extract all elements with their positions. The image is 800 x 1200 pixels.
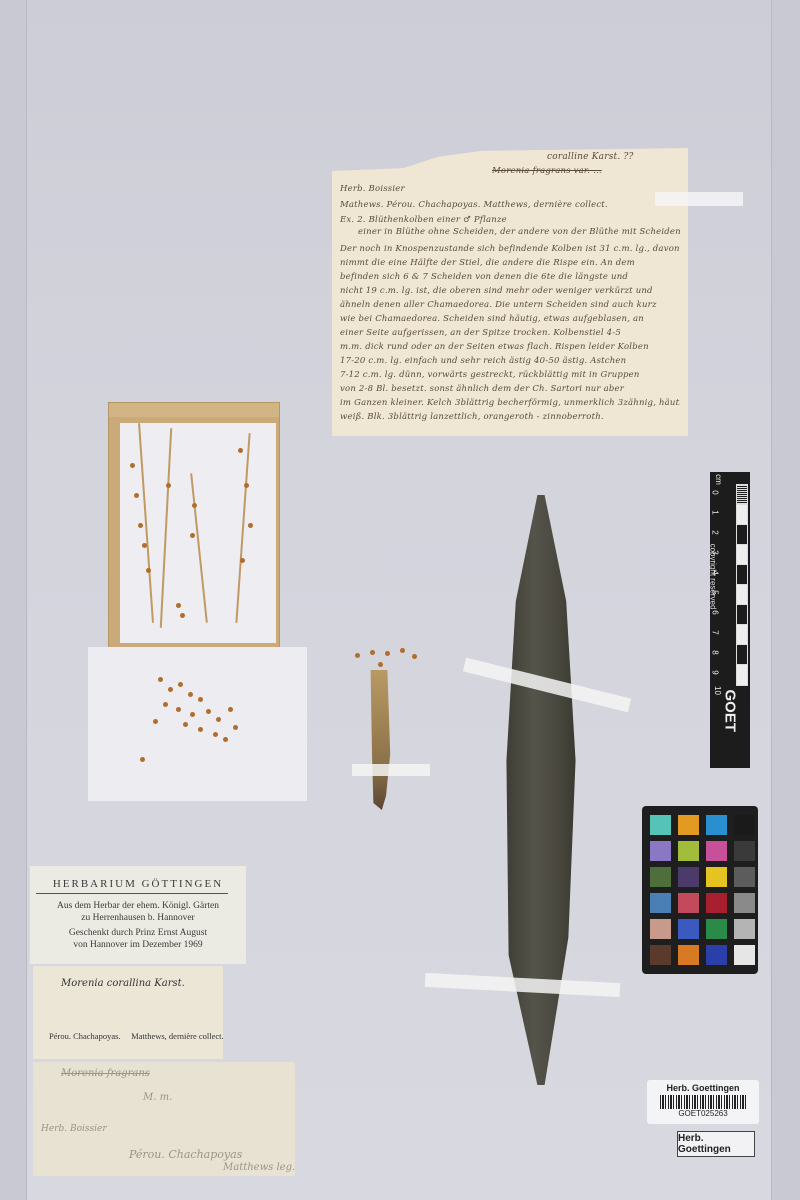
label-line: Geschenkt durch Prinz Ernst August — [30, 927, 246, 939]
letter-line: im Ganzen kleiner. Kelch 3blättrig beche… — [340, 398, 680, 408]
collection-locality: Pérou. Chachapoyas. Matthews, dernière c… — [49, 1031, 224, 1041]
color-swatch — [678, 945, 699, 965]
collection-label: Morenia corallina Karst. Pérou. Chachapo… — [33, 966, 223, 1059]
label-rule — [36, 893, 228, 894]
loose-flowers-card — [88, 647, 307, 801]
color-swatch — [678, 893, 699, 913]
label-line: Aus dem Herbar der ehem. Königl. Gärten — [30, 900, 246, 912]
barcode-icon — [660, 1095, 746, 1109]
letter-line: wie bei Chamaedorea. Scheiden sind häuti… — [340, 314, 680, 324]
label-title: HERBARIUM GÖTTINGEN — [30, 878, 246, 890]
barcode-id: GOET025263 — [647, 1109, 759, 1118]
scale-unit: cm — [714, 474, 723, 485]
letter-line: 17-20 c.m. lg. einfach und sehr reich äs… — [340, 356, 680, 366]
color-swatch — [706, 919, 727, 939]
color-swatch — [706, 893, 727, 913]
inflorescence-card — [120, 423, 276, 643]
plant-inflorescence-top — [350, 648, 420, 688]
letter-line: Mathews. Pérou. Chachapoyas. Matthews, d… — [340, 200, 680, 210]
letter-line: befinden sich 6 & 7 Scheiden von denen d… — [340, 272, 680, 282]
color-swatch — [734, 841, 755, 861]
color-calibration-chart — [642, 806, 758, 974]
color-swatch — [678, 841, 699, 861]
barcode-institution: Herb. Goettingen — [647, 1083, 759, 1093]
letter-line: weiß. Blk. 3blättrig lanzettlich, orange… — [340, 412, 680, 422]
color-swatch — [734, 919, 755, 939]
letter-line: Ex. 2. Blüthenkolben einer ♂ Pflanze — [340, 215, 680, 225]
scale-bar: cm 0 1 2 3 4 5 6 7 8 9 10 copyright rese… — [710, 472, 750, 768]
color-swatch — [734, 867, 755, 887]
letter-line: Der noch in Knospenzustande sich befinde… — [340, 244, 680, 254]
copyright-text: copyright reserved — [709, 522, 718, 632]
color-swatch — [734, 945, 755, 965]
old-label-line: M. m. — [143, 1092, 172, 1103]
goet-logo: GOET — [722, 690, 739, 742]
color-swatch — [706, 945, 727, 965]
color-swatch — [650, 893, 671, 913]
color-swatch — [678, 815, 699, 835]
old-label-line: Pérou. Chachapoyas — [129, 1148, 242, 1161]
letter-line: ähneln denen aller Chamaedorea. Die unte… — [340, 300, 680, 310]
inflorescence-branch — [160, 428, 172, 628]
color-swatch — [650, 945, 671, 965]
color-swatch — [734, 815, 755, 835]
letter-line: einer Seite aufgerissen, an der Spitze t… — [340, 328, 680, 338]
color-swatch — [734, 893, 755, 913]
letter-line: von 2-8 Bl. besetzt. sonst ähnlich dem d… — [340, 384, 680, 394]
determination-handwritten: Morenia corallina Karst. — [61, 978, 185, 989]
color-swatch — [678, 919, 699, 939]
letter-line: Herb. Boissier — [340, 184, 680, 194]
color-swatch — [706, 841, 727, 861]
mounting-tape — [352, 764, 430, 776]
letter-determination: coralline Karst. ?? — [547, 152, 680, 162]
scale-tick: 8 — [711, 650, 720, 654]
handwritten-description-letter: coralline Karst. ?? Morenia fragrans var… — [332, 148, 688, 436]
original-pencil-label: Morenia fragrans M. m. Herb. Boissier Pé… — [33, 1062, 295, 1176]
color-swatch — [706, 815, 727, 835]
inflorescence-branch — [190, 473, 208, 622]
scale-tick: 9 — [711, 670, 720, 674]
letter-line: nimmt die eine Hälfte der Stiel, die and… — [340, 258, 680, 268]
herbarium-gottingen-label: HERBARIUM GÖTTINGEN Aus dem Herbar der e… — [30, 866, 246, 964]
color-swatch — [678, 867, 699, 887]
color-swatch — [706, 867, 727, 887]
letter-line: 7-12 c.m. lg. dünn, vorwärts gestreckt, … — [340, 370, 680, 380]
scale-tick: 0 — [711, 490, 720, 494]
collector-text: Matthews, dernière collect. — [131, 1031, 224, 1041]
color-swatch — [650, 867, 671, 887]
letter-line: nicht 19 c.m. lg. ist, die oberen sind m… — [340, 286, 680, 296]
letter-line: m.m. dick rund oder an der Seiten etwas … — [340, 342, 680, 352]
letter-line: einer in Blüthe ohne Scheiden, der ander… — [358, 227, 680, 237]
color-swatch — [650, 919, 671, 939]
old-label-line: Morenia fragrans — [61, 1068, 150, 1079]
locality-text: Pérou. Chachapoyas. — [49, 1031, 121, 1041]
inflorescence-branch — [235, 433, 250, 623]
label-line: zu Herrenhausen b. Hannover — [30, 912, 246, 924]
specimen-envelope — [108, 402, 280, 648]
old-label-line: Matthews leg. — [223, 1162, 295, 1173]
mounting-tape — [655, 192, 743, 206]
herbarium-stamp: Herb. Goettingen — [677, 1131, 755, 1157]
label-line: von Hannover im Dezember 1969 — [30, 939, 246, 951]
old-label-line: Herb. Boissier — [41, 1124, 107, 1134]
envelope-flap — [109, 403, 279, 417]
scale-tick: 1 — [711, 510, 720, 514]
barcode-label: Herb. Goettingen GOET025263 — [647, 1080, 759, 1124]
letter-crossed-name: Morenia fragrans var. ... — [492, 166, 680, 176]
color-swatch — [650, 841, 671, 861]
color-swatch — [650, 815, 671, 835]
